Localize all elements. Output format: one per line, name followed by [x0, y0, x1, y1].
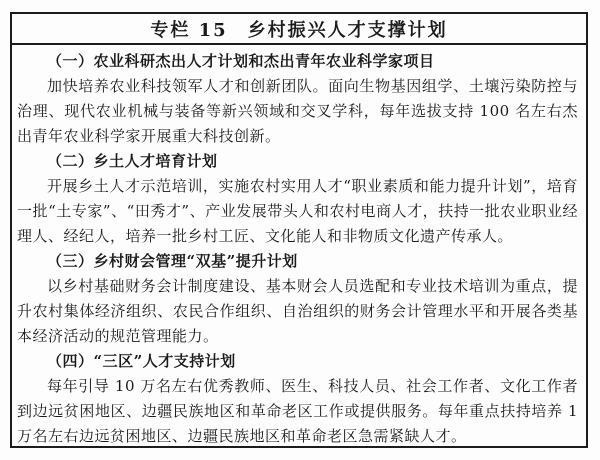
section: （二）乡土人才培育计划 开展乡土人才示范培训，实施农村实用人才“职业素质和能力提… [17, 149, 578, 249]
section-1-heading: （一）农业科研杰出人才计划和杰出青年农业科学家项目 [17, 49, 578, 74]
section: （一）农业科研杰出人才计划和杰出青年农业科学家项目 加快培养农业科技领军人才和创… [17, 49, 578, 149]
section-1-body: 加快培养农业科技领军人才和创新团队。面向生物基因组学、土壤污染防控与治理、现代农… [17, 74, 578, 149]
section-3-heading: （三）乡村财会管理“双基”提升计划 [17, 249, 578, 274]
box-title: 专栏 15 乡村振兴人才支撑计划 [12, 14, 586, 45]
section-4-heading: （四）“三区”人才支持计划 [17, 349, 578, 374]
box-content: （一）农业科研杰出人才计划和杰出青年农业科学家项目 加快培养农业科技领军人才和创… [12, 45, 586, 449]
section-2-body: 开展乡土人才示范培训，实施农村实用人才“职业素质和能力提升计划”，培育一批“土专… [17, 174, 578, 249]
document-box: 专栏 15 乡村振兴人才支撑计划 （一）农业科研杰出人才计划和杰出青年农业科学家… [10, 12, 588, 448]
section-2-heading: （二）乡土人才培育计划 [17, 149, 578, 174]
section-4-body: 每年引导 10 万名左右优秀教师、医生、科技人员、社会工作者、文化工作者到边远贫… [17, 374, 578, 449]
section: （四）“三区”人才支持计划 每年引导 10 万名左右优秀教师、医生、科技人员、社… [17, 349, 578, 449]
section: （三）乡村财会管理“双基”提升计划 以乡村基础财务会计制度建设、基本财会人员选配… [17, 249, 578, 349]
section-3-body: 以乡村基础财务会计制度建设、基本财会人员选配和专业技术培训为重点，提升农村集体经… [17, 274, 578, 349]
